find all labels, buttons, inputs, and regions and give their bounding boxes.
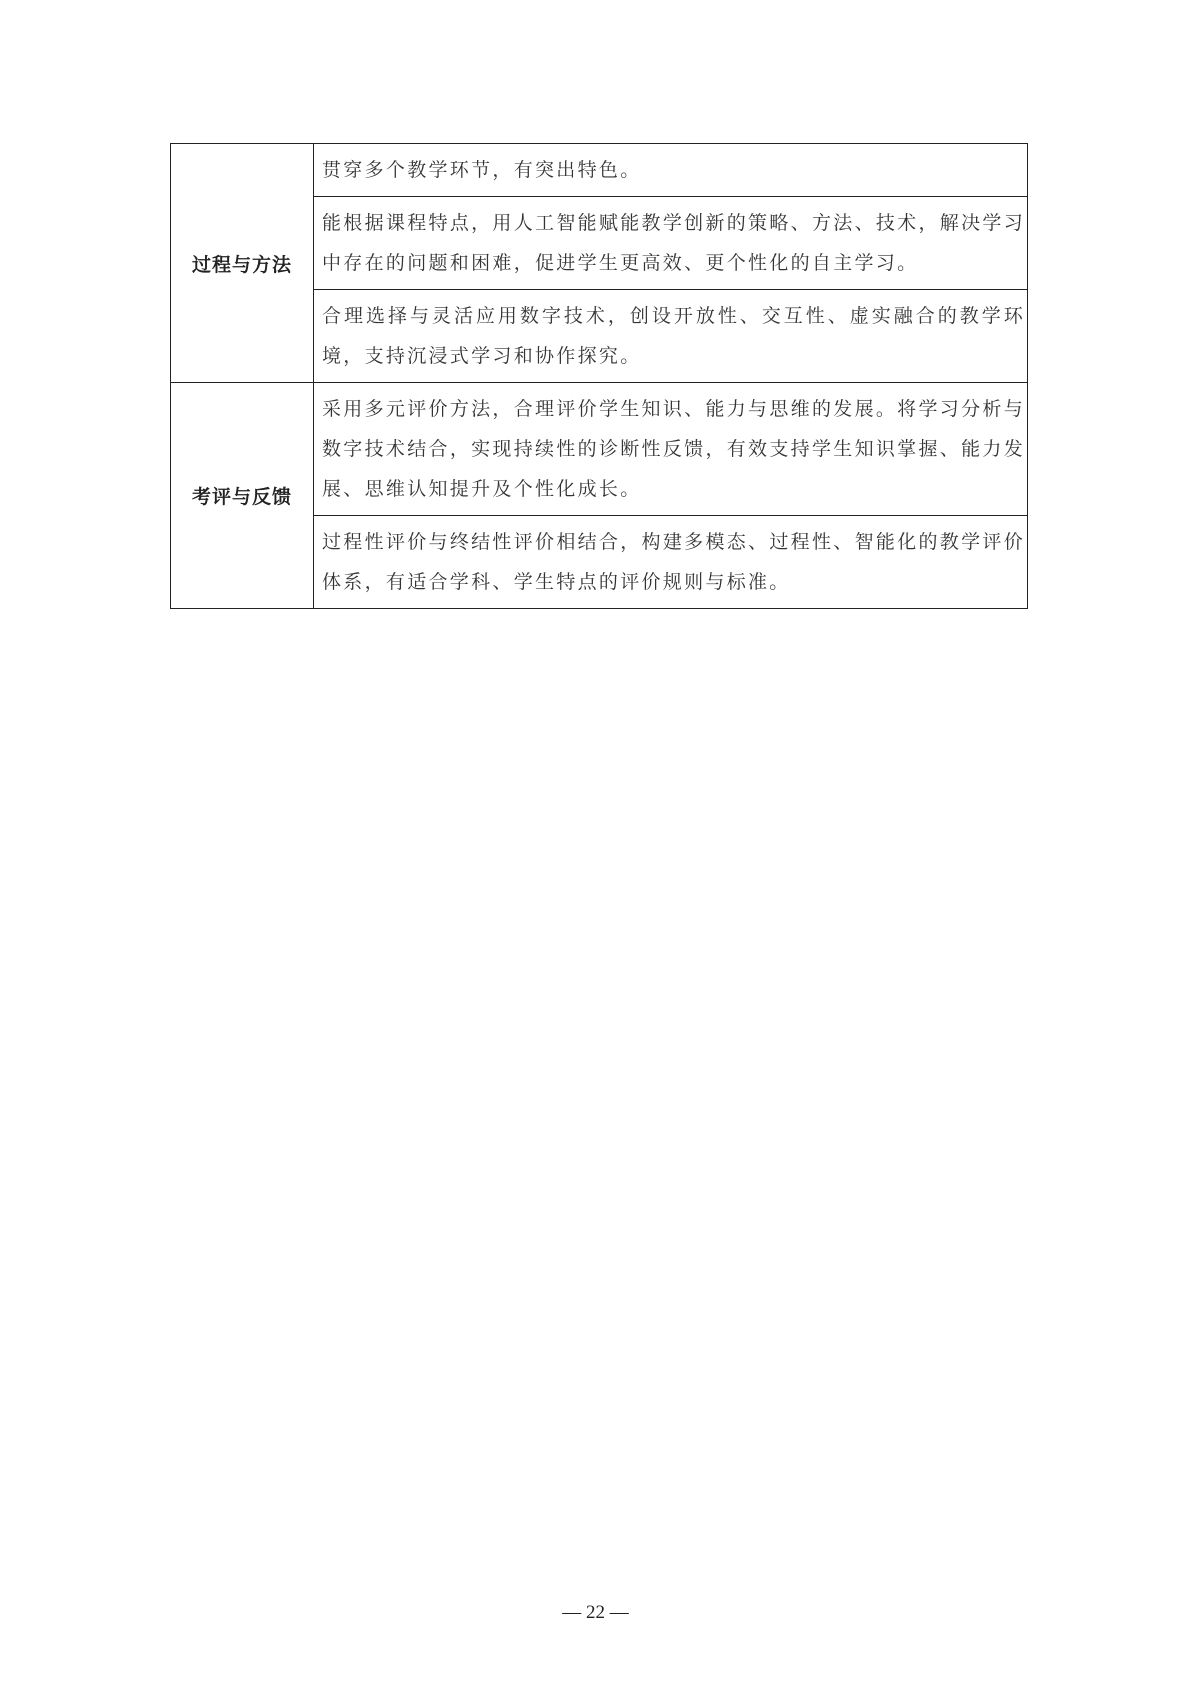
criterion-cell: 能根据课程特点，用人工智能赋能教学创新的策略、方法、技术，解决学习中存在的问题和… bbox=[314, 197, 1028, 290]
criterion-cell: 过程性评价与终结性评价相结合，构建多模态、过程性、智能化的教学评价体系，有适合学… bbox=[314, 516, 1028, 609]
page-number: — 22 — bbox=[0, 1602, 1191, 1624]
evaluation-criteria-table: 过程与方法 贯穿多个教学环节，有突出特色。 能根据课程特点，用人工智能赋能教学创… bbox=[170, 143, 1028, 609]
document-page: 过程与方法 贯穿多个教学环节，有突出特色。 能根据课程特点，用人工智能赋能教学创… bbox=[0, 0, 1191, 1684]
table-row: 过程与方法 贯穿多个教学环节，有突出特色。 bbox=[171, 144, 1028, 197]
category-cell-assessment-feedback: 考评与反馈 bbox=[171, 383, 314, 609]
criterion-cell: 贯穿多个教学环节，有突出特色。 bbox=[314, 144, 1028, 197]
category-cell-process-method: 过程与方法 bbox=[171, 144, 314, 383]
table-row: 考评与反馈 采用多元评价方法，合理评价学生知识、能力与思维的发展。将学习分析与数… bbox=[171, 383, 1028, 516]
criterion-cell: 合理选择与灵活应用数字技术，创设开放性、交互性、虚实融合的教学环境，支持沉浸式学… bbox=[314, 290, 1028, 383]
criterion-cell: 采用多元评价方法，合理评价学生知识、能力与思维的发展。将学习分析与数字技术结合，… bbox=[314, 383, 1028, 516]
